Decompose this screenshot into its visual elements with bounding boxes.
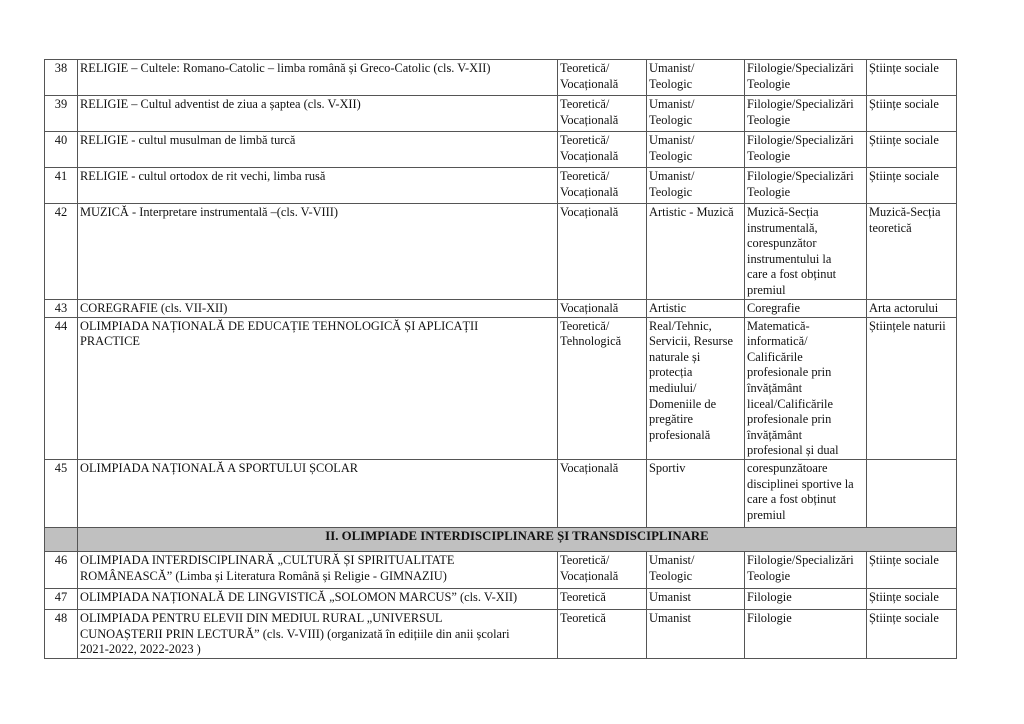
profil-cell: Umanist/ Teologic [647, 96, 745, 132]
row-number-cell: 40 [45, 132, 78, 168]
competition-name-cell: OLIMPIADA INTERDISCIPLINARĂ „CULTURĂ ȘI … [78, 551, 558, 588]
table-row: 44OLIMPIADA NAȚIONALĂ DE EDUCAȚIE TEHNOL… [45, 317, 957, 459]
profil-cell: Artistic - Muzică [647, 204, 745, 300]
row-number-cell: 42 [45, 204, 78, 300]
filiera-cell: Teoretică/ Vocațională [558, 551, 647, 588]
arie-curriculara-cell [867, 459, 957, 527]
competition-name-cell: MUZICĂ - Interpretare instrumentală –(cl… [78, 204, 558, 300]
specializare-cell: Filologie/Specializări Teologie [745, 96, 867, 132]
competition-name-cell: OLIMPIADA NAȚIONALĂ DE LINGVISTICĂ „SOLO… [78, 588, 558, 609]
arie-curriculara-cell: Științe sociale [867, 168, 957, 204]
profil-cell: Umanist [647, 588, 745, 609]
arie-curriculara-cell: Muzică-Secția teoretică [867, 204, 957, 300]
filiera-cell: Teoretică/ Vocațională [558, 96, 647, 132]
row-number-cell: 43 [45, 299, 78, 317]
row-number-cell: 41 [45, 168, 78, 204]
filiera-cell: Teoretică/ Tehnologică [558, 317, 647, 459]
arie-curriculara-cell: Științe sociale [867, 551, 957, 588]
filiera-cell: Teoretică/ Vocațională [558, 168, 647, 204]
competition-name-cell: RELIGIE – Cultele: Romano-Catolic – limb… [78, 60, 558, 96]
section-num-cell [45, 527, 78, 551]
table-row: 45OLIMPIADA NAȚIONALĂ A SPORTULUI ȘCOLAR… [45, 459, 957, 527]
specializare-cell: Filologie/Specializări Teologie [745, 60, 867, 96]
profil-cell: Real/Tehnic, Servicii, Resurse naturale … [647, 317, 745, 459]
filiera-cell: Vocațională [558, 204, 647, 300]
specializare-cell: Filologie/Specializări Teologie [745, 168, 867, 204]
profil-cell: Umanist/ Teologic [647, 168, 745, 204]
arie-curriculara-cell: Științe sociale [867, 96, 957, 132]
competition-name-cell: OLIMPIADA NAȚIONALĂ DE EDUCAȚIE TEHNOLOG… [78, 317, 558, 459]
profil-cell: Sportiv [647, 459, 745, 527]
competition-name-cell: RELIGIE – Cultul adventist de ziua a șap… [78, 96, 558, 132]
arie-curriculara-cell: Arta actorului [867, 299, 957, 317]
arie-curriculara-cell: Științe sociale [867, 60, 957, 96]
competition-name-cell: RELIGIE - cultul musulman de limbă turcă [78, 132, 558, 168]
table-row: 41RELIGIE - cultul ortodox de rit vechi,… [45, 168, 957, 204]
specializare-cell: Filologie [745, 588, 867, 609]
competition-name-cell: RELIGIE - cultul ortodox de rit vechi, l… [78, 168, 558, 204]
filiera-cell: Teoretică [558, 588, 647, 609]
profil-cell: Umanist [647, 609, 745, 658]
table-row: 47OLIMPIADA NAȚIONALĂ DE LINGVISTICĂ „SO… [45, 588, 957, 609]
competition-name-cell: COREGRAFIE (cls. VII-XII) [78, 299, 558, 317]
row-number-cell: 44 [45, 317, 78, 459]
table-row: 48OLIMPIADA PENTRU ELEVII DIN MEDIUL RUR… [45, 609, 957, 658]
row-number-cell: 46 [45, 551, 78, 588]
filiera-cell: Vocațională [558, 459, 647, 527]
competition-name-cell: OLIMPIADA NAȚIONALĂ A SPORTULUI ȘCOLAR [78, 459, 558, 527]
section-header-row: II. OLIMPIADE INTERDISCIPLINARE ȘI TRANS… [45, 527, 957, 551]
specializare-cell: Coregrafie [745, 299, 867, 317]
arie-curriculara-cell: Științe sociale [867, 132, 957, 168]
table-row: 46OLIMPIADA INTERDISCIPLINARĂ „CULTURĂ Ș… [45, 551, 957, 588]
filiera-cell: Vocațională [558, 299, 647, 317]
table-row: 42MUZICĂ - Interpretare instrumentală –(… [45, 204, 957, 300]
table-row: 39RELIGIE – Cultul adventist de ziua a ș… [45, 96, 957, 132]
profil-cell: Artistic [647, 299, 745, 317]
row-number-cell: 48 [45, 609, 78, 658]
specializare-cell: Matematică- informatică/ Calificările pr… [745, 317, 867, 459]
filiera-cell: Teoretică [558, 609, 647, 658]
arie-curriculara-cell: Științele naturii [867, 317, 957, 459]
specializare-cell: corespunzătoare disciplinei sportive la … [745, 459, 867, 527]
section-title: II. OLIMPIADE INTERDISCIPLINARE ȘI TRANS… [78, 527, 957, 551]
filiera-cell: Teoretică/ Vocațională [558, 60, 647, 96]
table-row: 38RELIGIE – Cultele: Romano-Catolic – li… [45, 60, 957, 96]
specializare-cell: Muzică-Secția instrumentală, corespunzăt… [745, 204, 867, 300]
row-number-cell: 38 [45, 60, 78, 96]
competition-name-cell: OLIMPIADA PENTRU ELEVII DIN MEDIUL RURAL… [78, 609, 558, 658]
arie-curriculara-cell: Științe sociale [867, 588, 957, 609]
table-row: 40RELIGIE - cultul musulman de limbă tur… [45, 132, 957, 168]
row-number-cell: 45 [45, 459, 78, 527]
profil-cell: Umanist/ Teologic [647, 132, 745, 168]
filiera-cell: Teoretică/ Vocațională [558, 132, 647, 168]
specializare-cell: Filologie/Specializări Teologie [745, 132, 867, 168]
olympiad-table: 38RELIGIE – Cultele: Romano-Catolic – li… [44, 59, 957, 659]
arie-curriculara-cell: Științe sociale [867, 609, 957, 658]
specializare-cell: Filologie [745, 609, 867, 658]
table-row: 43COREGRAFIE (cls. VII-XII)VocaționalăAr… [45, 299, 957, 317]
row-number-cell: 47 [45, 588, 78, 609]
profil-cell: Umanist/ Teologic [647, 551, 745, 588]
specializare-cell: Filologie/Specializări Teologie [745, 551, 867, 588]
profil-cell: Umanist/ Teologic [647, 60, 745, 96]
row-number-cell: 39 [45, 96, 78, 132]
